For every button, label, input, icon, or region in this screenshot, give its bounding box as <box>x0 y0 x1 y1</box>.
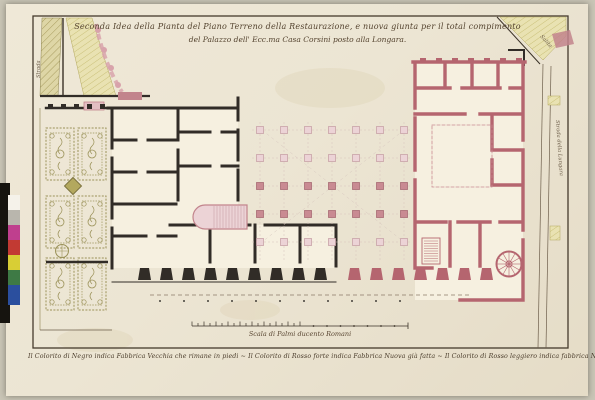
facade-pier-new <box>436 268 449 280</box>
courtyard-pier <box>329 239 336 246</box>
drawing-title-line1: Seconda Idea della Pianta del Piano Terr… <box>0 22 595 31</box>
courtyard-pier <box>377 155 384 162</box>
facade-pier-new <box>458 268 471 280</box>
courtyard-pier <box>305 155 312 162</box>
courtyard-pier <box>329 211 336 218</box>
courtyard-pier <box>353 239 360 246</box>
courtyard-pier <box>329 127 336 134</box>
courtyard-pier <box>329 155 336 162</box>
courtyard-pier <box>305 239 312 246</box>
facade-pier-old <box>204 268 217 280</box>
facade-pier-new <box>392 268 405 280</box>
courtyard-pier <box>353 211 360 218</box>
courtyard-pier <box>401 127 408 134</box>
courtyard-pier <box>281 211 288 218</box>
courtyard-pier <box>401 155 408 162</box>
courtyard-pier <box>353 127 360 134</box>
facade-pier-old <box>182 268 195 280</box>
wall-pier <box>100 104 105 109</box>
facade-pier-old <box>138 268 151 280</box>
courtyard-pier <box>281 239 288 246</box>
courtyard-pier <box>401 239 408 246</box>
wall-pier <box>48 104 53 109</box>
facade-pier-old <box>248 268 261 280</box>
courtyard-pier <box>257 127 264 134</box>
courtyard-pier <box>305 183 312 190</box>
facade-pier-new <box>414 268 427 280</box>
street-label-left: Strada <box>36 60 42 78</box>
plan-drawing <box>0 0 595 400</box>
courtyard-pier <box>353 183 360 190</box>
facade-pier-old <box>314 268 327 280</box>
courtyard-pier <box>305 127 312 134</box>
wall-pier <box>74 104 79 109</box>
garden-parterres <box>40 108 112 330</box>
courtyard-pier <box>257 155 264 162</box>
scale-caption: Scala di Palmi ducento Romani <box>0 330 595 338</box>
courtyard-pier <box>257 239 264 246</box>
courtyard-pier <box>377 183 384 190</box>
facade-pier-new <box>370 268 383 280</box>
facade-pier-old <box>160 268 173 280</box>
wall-pier <box>87 104 92 109</box>
drawing-title-line2: del Palazzo dell' Ecc.ma Casa Corsini po… <box>0 35 595 44</box>
color-key-note: Il Colorito di Negro indica Fabbrica Vec… <box>28 353 595 360</box>
courtyard-pier <box>329 183 336 190</box>
courtyard-pier <box>281 155 288 162</box>
courtyard-pier <box>353 155 360 162</box>
courtyard-pier <box>257 211 264 218</box>
courtyard-pier <box>401 211 408 218</box>
facade-pier-new <box>348 268 361 280</box>
courtyard-pier <box>281 183 288 190</box>
courtyard-pier <box>377 211 384 218</box>
courtyard-pier <box>401 183 408 190</box>
courtyard-pier <box>377 127 384 134</box>
wall-pier <box>61 104 66 109</box>
scanned-drawing: Seconda Idea della Pianta del Piano Terr… <box>0 0 595 400</box>
facade-pier-new <box>480 268 493 280</box>
courtyard-pier <box>377 239 384 246</box>
facade-pier-old <box>292 268 305 280</box>
courtyard-pier <box>281 127 288 134</box>
facade-pier-old <box>226 268 239 280</box>
courtyard-pier <box>257 183 264 190</box>
facade-pier-old <box>270 268 283 280</box>
courtyard-pier <box>305 211 312 218</box>
